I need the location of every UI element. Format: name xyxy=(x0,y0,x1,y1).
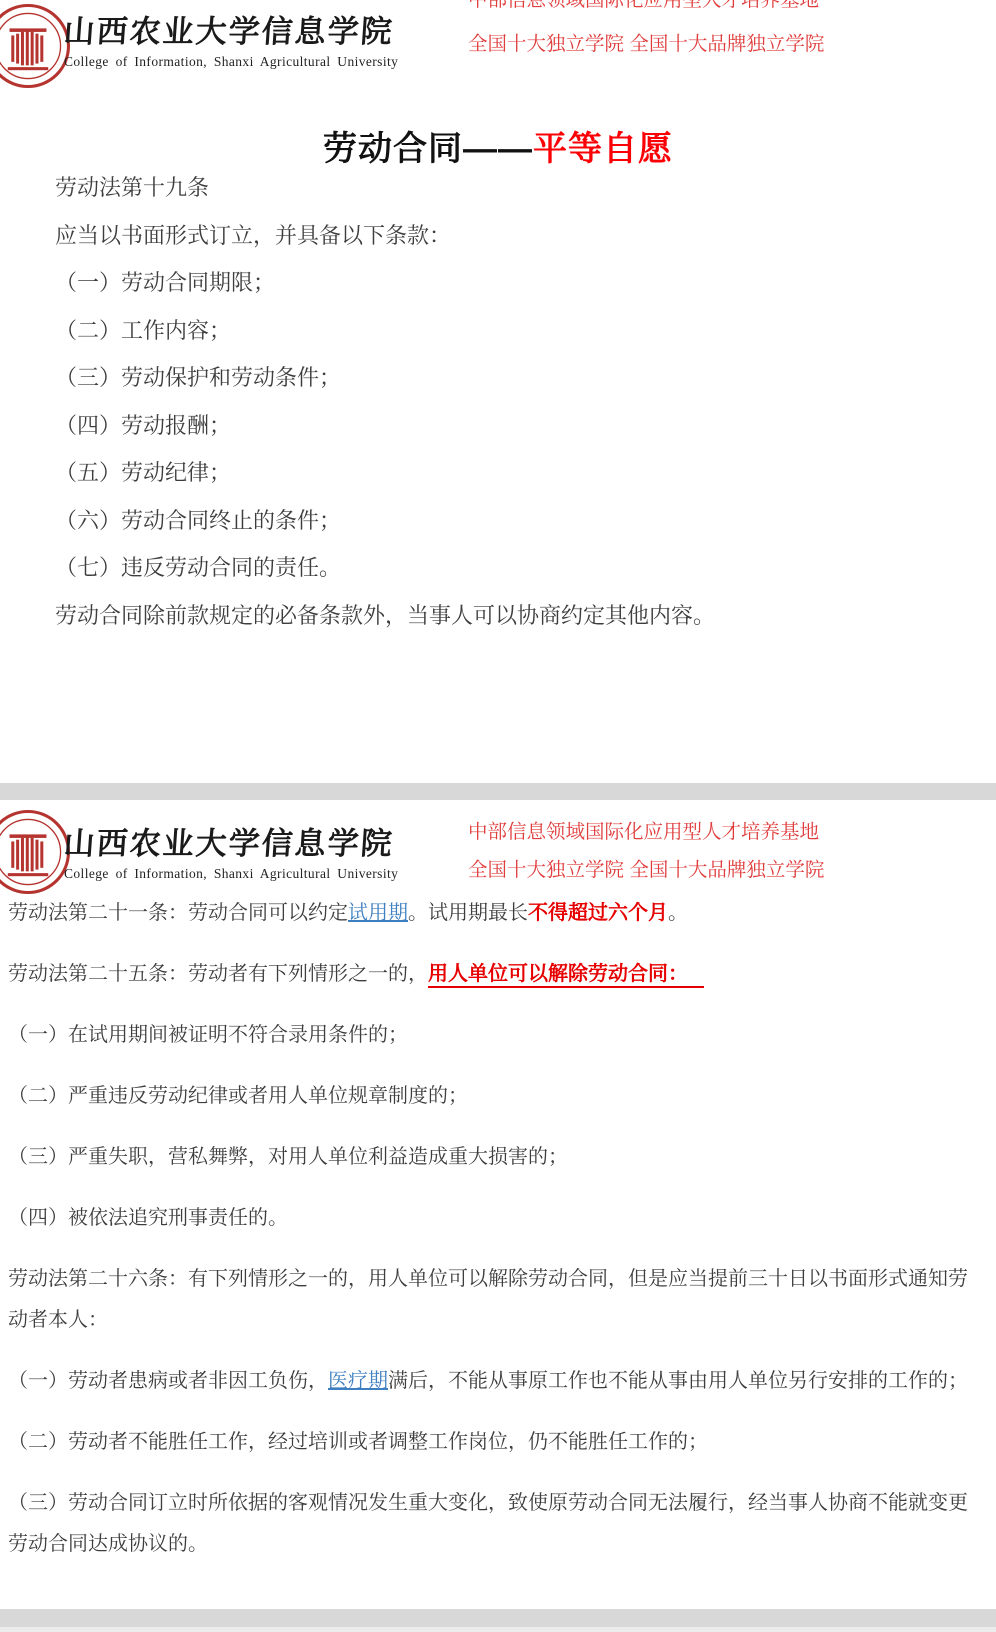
inline-link[interactable]: 医疗期 xyxy=(328,1370,388,1392)
slide-labor-contract-termination: 山西农业大学信息学院 College of Information, Shanx… xyxy=(0,800,996,1609)
article-19-intro: 应当以书面形式订立，并具备以下条款： xyxy=(55,212,968,260)
article-26-item-1: （一）劳动者患病或者非因工负伤，医疗期满后，不能从事原工作也不能从事由用人单位另… xyxy=(8,1361,986,1402)
slide-labor-contract-intro: 山西农业大学信息学院 College of Information, Shanx… xyxy=(0,0,996,783)
text-segment: （三）劳动合同订立时所依据的客观情况发生重大变化，致使原劳动合同无法履行，经当事… xyxy=(8,1492,968,1555)
article-19-closing: 劳动合同除前款规定的必备条款外，当事人可以协商约定其他内容。 xyxy=(55,592,968,640)
text-segment: （一）劳动者患病或者非因工负伤， xyxy=(8,1370,328,1392)
clause-item-3: （三）劳动保护和劳动条件； xyxy=(55,354,968,402)
text-segment: 。 xyxy=(668,902,688,924)
article-26-item-3: （三）劳动合同订立时所依据的客观情况发生重大变化，致使原劳动合同无法履行，经当事… xyxy=(8,1483,986,1565)
clause-item-4: （四）劳动报酬； xyxy=(55,402,968,450)
articles-21-25-26-text: 劳动法第二十一条：劳动合同可以约定试用期。试用期最长不得超过六个月。 劳动法第二… xyxy=(8,893,986,1585)
text-segment: 。试用期最长 xyxy=(408,902,528,924)
org-name-cn: 山西农业大学信息学院 xyxy=(62,818,399,863)
clause-item-2: （二）工作内容； xyxy=(55,307,968,355)
tagline-talent-base: 中部信息领域国际化应用型人才培养基地 xyxy=(468,820,819,844)
article-25-paragraph: 劳动法第二十五条：劳动者有下列情形之一的，用人单位可以解除劳动合同： xyxy=(8,954,986,995)
slide-title: 劳动合同——平等自愿 xyxy=(0,121,996,170)
article-25-item-3: （三）严重失职，营私舞弊，对用人单位利益造成重大损害的； xyxy=(8,1137,986,1178)
org-name-en: College of Information, Shanxi Agricultu… xyxy=(64,866,398,882)
article-25-item-4: （四）被依法追究刑事责任的。 xyxy=(8,1198,986,1239)
university-seal-icon xyxy=(0,808,72,901)
org-name-block: 山西农业大学信息学院 College of Information, Shanx… xyxy=(64,6,398,70)
university-header: 山西农业大学信息学院 College of Information, Shanx… xyxy=(0,800,996,890)
article-19-text: 劳动法第十九条 应当以书面形式订立，并具备以下条款： （一）劳动合同期限； （二… xyxy=(55,164,968,639)
text-segment: 用人单位可以解除劳动合同： xyxy=(428,963,704,988)
tagline-talent-base: 中部信息领域国际化应用型人才培养基地 xyxy=(468,0,819,12)
text-segment: （一）在试用期间被证明不符合录用条件的； xyxy=(8,1024,408,1046)
article-26-paragraph: 劳动法第二十六条：有下列情形之一的，用人单位可以解除劳动合同，但是应当提前三十日… xyxy=(8,1259,986,1341)
article-25-item-1: （一）在试用期间被证明不符合录用条件的； xyxy=(8,1015,986,1056)
article-26-item-2: （二）劳动者不能胜任工作，经过培训或者调整工作岗位，仍不能胜任工作的； xyxy=(8,1422,986,1463)
clause-item-5: （五）劳动纪律； xyxy=(55,449,968,497)
org-name-block: 山西农业大学信息学院 College of Information, Shanx… xyxy=(64,818,398,882)
clause-item-1: （一）劳动合同期限； xyxy=(55,259,968,307)
university-header: 山西农业大学信息学院 College of Information, Shanx… xyxy=(0,0,996,90)
tagline-top-ten: 全国十大独立学院 全国十大品牌独立学院 xyxy=(468,32,824,56)
slide-title-black: 劳动合同—— xyxy=(323,130,533,168)
article-25-item-2: （二）严重违反劳动纪律或者用人单位规章制度的； xyxy=(8,1076,986,1117)
text-segment: 劳动法第二十一条：劳动合同可以约定 xyxy=(8,902,348,924)
lecture-slides-page: 山西农业大学信息学院 College of Information, Shanx… xyxy=(0,0,996,1632)
text-segment: 不得超过六个月 xyxy=(528,902,668,924)
bottom-divider xyxy=(0,1609,996,1632)
text-segment: （二）严重违反劳动纪律或者用人单位规章制度的； xyxy=(8,1085,468,1107)
text-segment: 劳动法第二十六条：有下列情形之一的，用人单位可以解除劳动合同，但是应当提前三十日… xyxy=(8,1268,968,1331)
article-21-paragraph: 劳动法第二十一条：劳动合同可以约定试用期。试用期最长不得超过六个月。 xyxy=(8,893,986,934)
text-segment: （四）被依法追究刑事责任的。 xyxy=(8,1207,288,1229)
text-segment: （二）劳动者不能胜任工作，经过培训或者调整工作岗位，仍不能胜任工作的； xyxy=(8,1431,708,1453)
slide-title-red: 平等自愿 xyxy=(533,130,673,168)
article-19-heading: 劳动法第十九条 xyxy=(55,164,968,212)
clause-item-6: （六）劳动合同终止的条件； xyxy=(55,497,968,545)
slide-divider xyxy=(0,783,996,800)
text-segment: 劳动法第二十五条：劳动者有下列情形之一的， xyxy=(8,963,428,985)
clause-item-7: （七）违反劳动合同的责任。 xyxy=(55,544,968,592)
org-name-en: College of Information, Shanxi Agricultu… xyxy=(64,54,398,70)
university-seal-icon xyxy=(0,2,72,95)
text-segment: （三）严重失职，营私舞弊，对用人单位利益造成重大损害的； xyxy=(8,1146,568,1168)
text-segment: 满后，不能从事原工作也不能从事由用人单位另行安排的工作的； xyxy=(388,1370,968,1392)
org-name-cn: 山西农业大学信息学院 xyxy=(62,6,399,51)
inline-link[interactable]: 试用期 xyxy=(348,902,408,924)
tagline-top-ten: 全国十大独立学院 全国十大品牌独立学院 xyxy=(468,858,824,882)
